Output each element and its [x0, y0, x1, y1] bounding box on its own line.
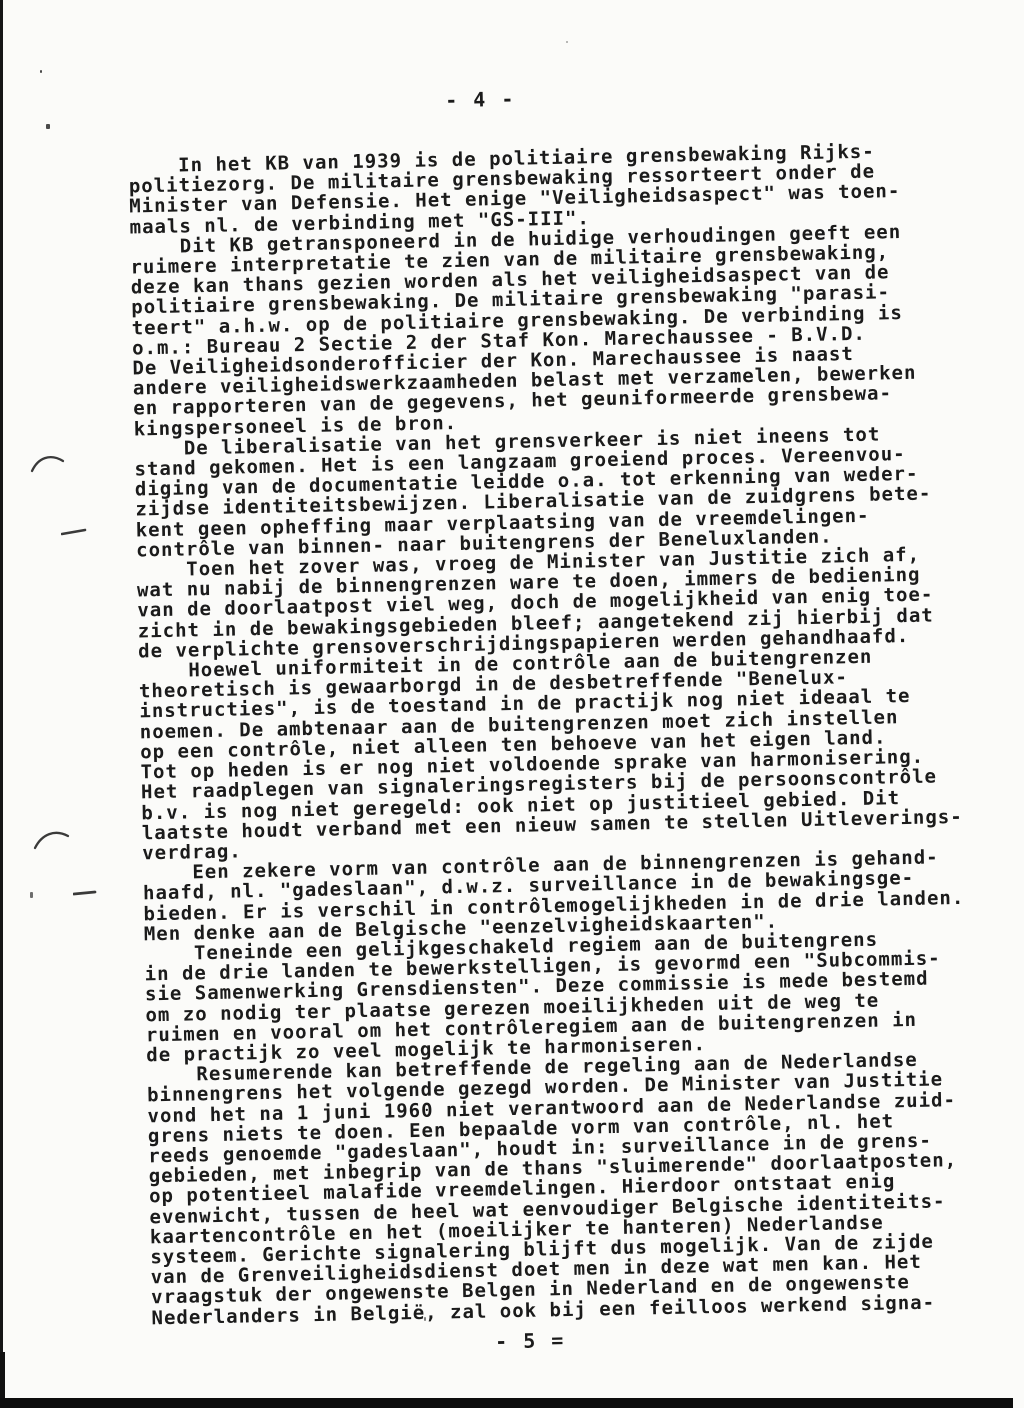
- paragraph: De liberalisatie van het grensverkeer is…: [134, 422, 976, 560]
- handwritten-dash-icon: [61, 527, 87, 537]
- typed-content: - 4 - In het KB van 1939 is de politiair…: [128, 140, 992, 1337]
- handwritten-curve-icon: [30, 451, 66, 475]
- paragraph: Dit KB getransponeerd in de huidige verh…: [130, 220, 974, 439]
- handwritten-dash-icon: [73, 888, 97, 898]
- paragraph: Resumerende kan betreffende de regeling …: [146, 1049, 991, 1328]
- paragraph: Hoewel uniformiteit in de contrôle aan d…: [138, 645, 982, 864]
- scan-bottom-bar: [0, 1398, 1013, 1408]
- scanned-document-page: - 4 - In het KB van 1939 is de politiair…: [0, 0, 1024, 1408]
- document-body: In het KB van 1939 is de politiaire gren…: [128, 140, 991, 1328]
- scan-edge-line: [0, 0, 3, 1408]
- paragraph: Toen het zover was, vroeg de Minister va…: [136, 544, 978, 662]
- page-number-bottom: - 5 =: [495, 1328, 566, 1353]
- paper-speck: [30, 892, 33, 898]
- page-number-top: - 4 -: [445, 87, 516, 112]
- paper-speck: [566, 41, 568, 43]
- paper-speck: [40, 70, 42, 73]
- handwritten-curve-icon: [33, 827, 71, 851]
- paragraph: Teneinde een gelijkgeschakeld regiem aan…: [144, 927, 986, 1065]
- paper-speck: [46, 124, 50, 129]
